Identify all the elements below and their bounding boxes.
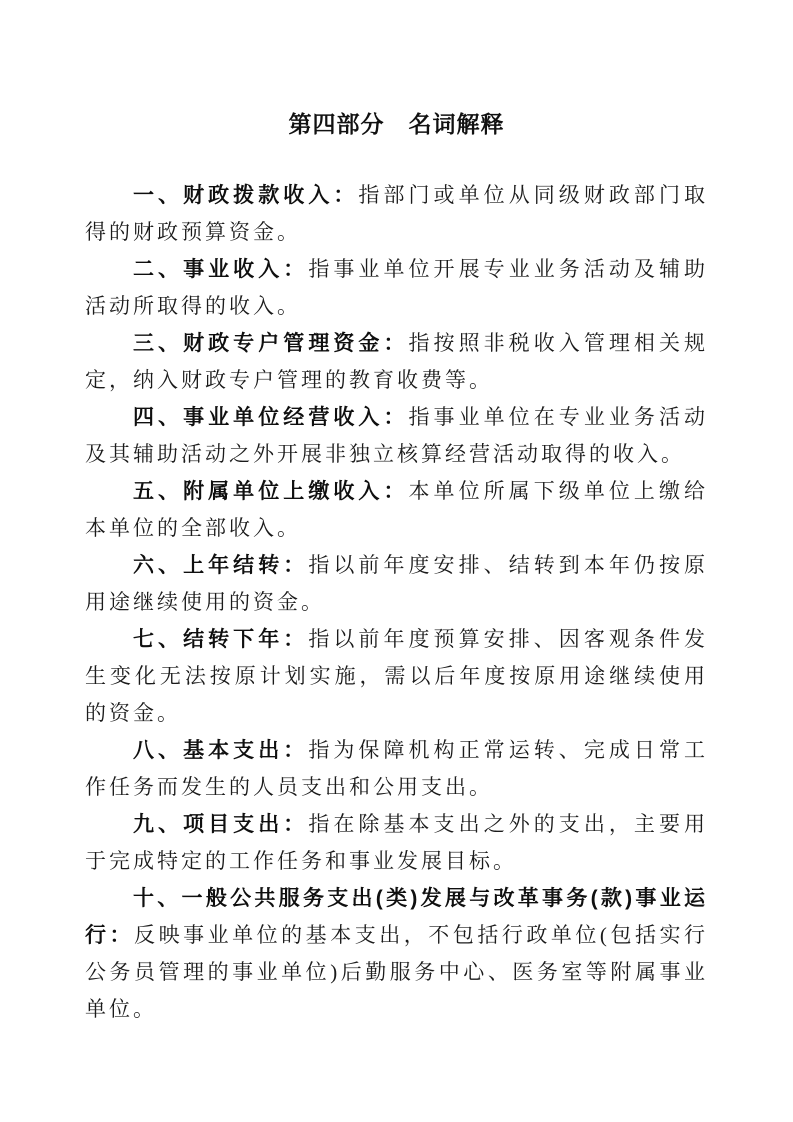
glossary-item: 八、基本支出：指为保障机构正常运转、完成日常工作任务而发生的人员支出和公用支出。 xyxy=(85,732,708,806)
glossary-item: 五、附属单位上缴收入：本单位所属下级单位上缴给本单位的全部收入。 xyxy=(85,473,708,547)
glossary-item: 二、事业收入：指事业单位开展专业业务活动及辅助活动所取得的收入。 xyxy=(85,251,708,325)
glossary-item: 三、财政专户管理资金：指按照非税收入管理相关规定，纳入财政专户管理的教育收费等。 xyxy=(85,325,708,399)
page-title: 第四部分 名词解释 xyxy=(0,110,793,139)
glossary-term: 八、基本支出： xyxy=(133,739,308,762)
glossary-term: 二、事业收入： xyxy=(133,258,308,281)
glossary-term: 四、事业单位经营收入： xyxy=(133,406,409,429)
document-page: 第四部分 名词解释 一、财政拨款收入：指部门或单位从同级财政部门取得的财政预算资… xyxy=(0,0,793,1122)
glossary-item: 一、财政拨款收入：指部门或单位从同级财政部门取得的财政预算资金。 xyxy=(85,177,708,251)
glossary-term: 一、财政拨款收入： xyxy=(133,184,358,207)
glossary-item: 六、上年结转：指以前年度安排、结转到本年仍按原用途继续使用的资金。 xyxy=(85,547,708,621)
glossary-term: 七、结转下年： xyxy=(133,628,308,651)
glossary-term: 九、项目支出： xyxy=(133,813,308,836)
glossary-item: 七、结转下年：指以前年度预算安排、因客观条件发生变化无法按原计划实施，需以后年度… xyxy=(85,621,708,732)
glossary-item: 四、事业单位经营收入：指事业单位在专业业务活动及其辅助活动之外开展非独立核算经营… xyxy=(85,399,708,473)
glossary-list: 一、财政拨款收入：指部门或单位从同级财政部门取得的财政预算资金。 二、事业收入：… xyxy=(0,177,793,1028)
glossary-definition: 反映事业单位的基本支出，不包括行政单位(包括实行公务员管理的事业单位)后勤服务中… xyxy=(85,923,708,1021)
glossary-item: 十、一般公共服务支出(类)发展与改革事务(款)事业运行：反映事业单位的基本支出，… xyxy=(85,880,708,1028)
glossary-term: 五、附属单位上缴收入： xyxy=(133,480,409,503)
glossary-term: 六、上年结转： xyxy=(133,554,308,577)
glossary-item: 九、项目支出：指在除基本支出之外的支出，主要用于完成特定的工作任务和事业发展目标… xyxy=(85,806,708,880)
glossary-term: 三、财政专户管理资金： xyxy=(133,332,409,355)
